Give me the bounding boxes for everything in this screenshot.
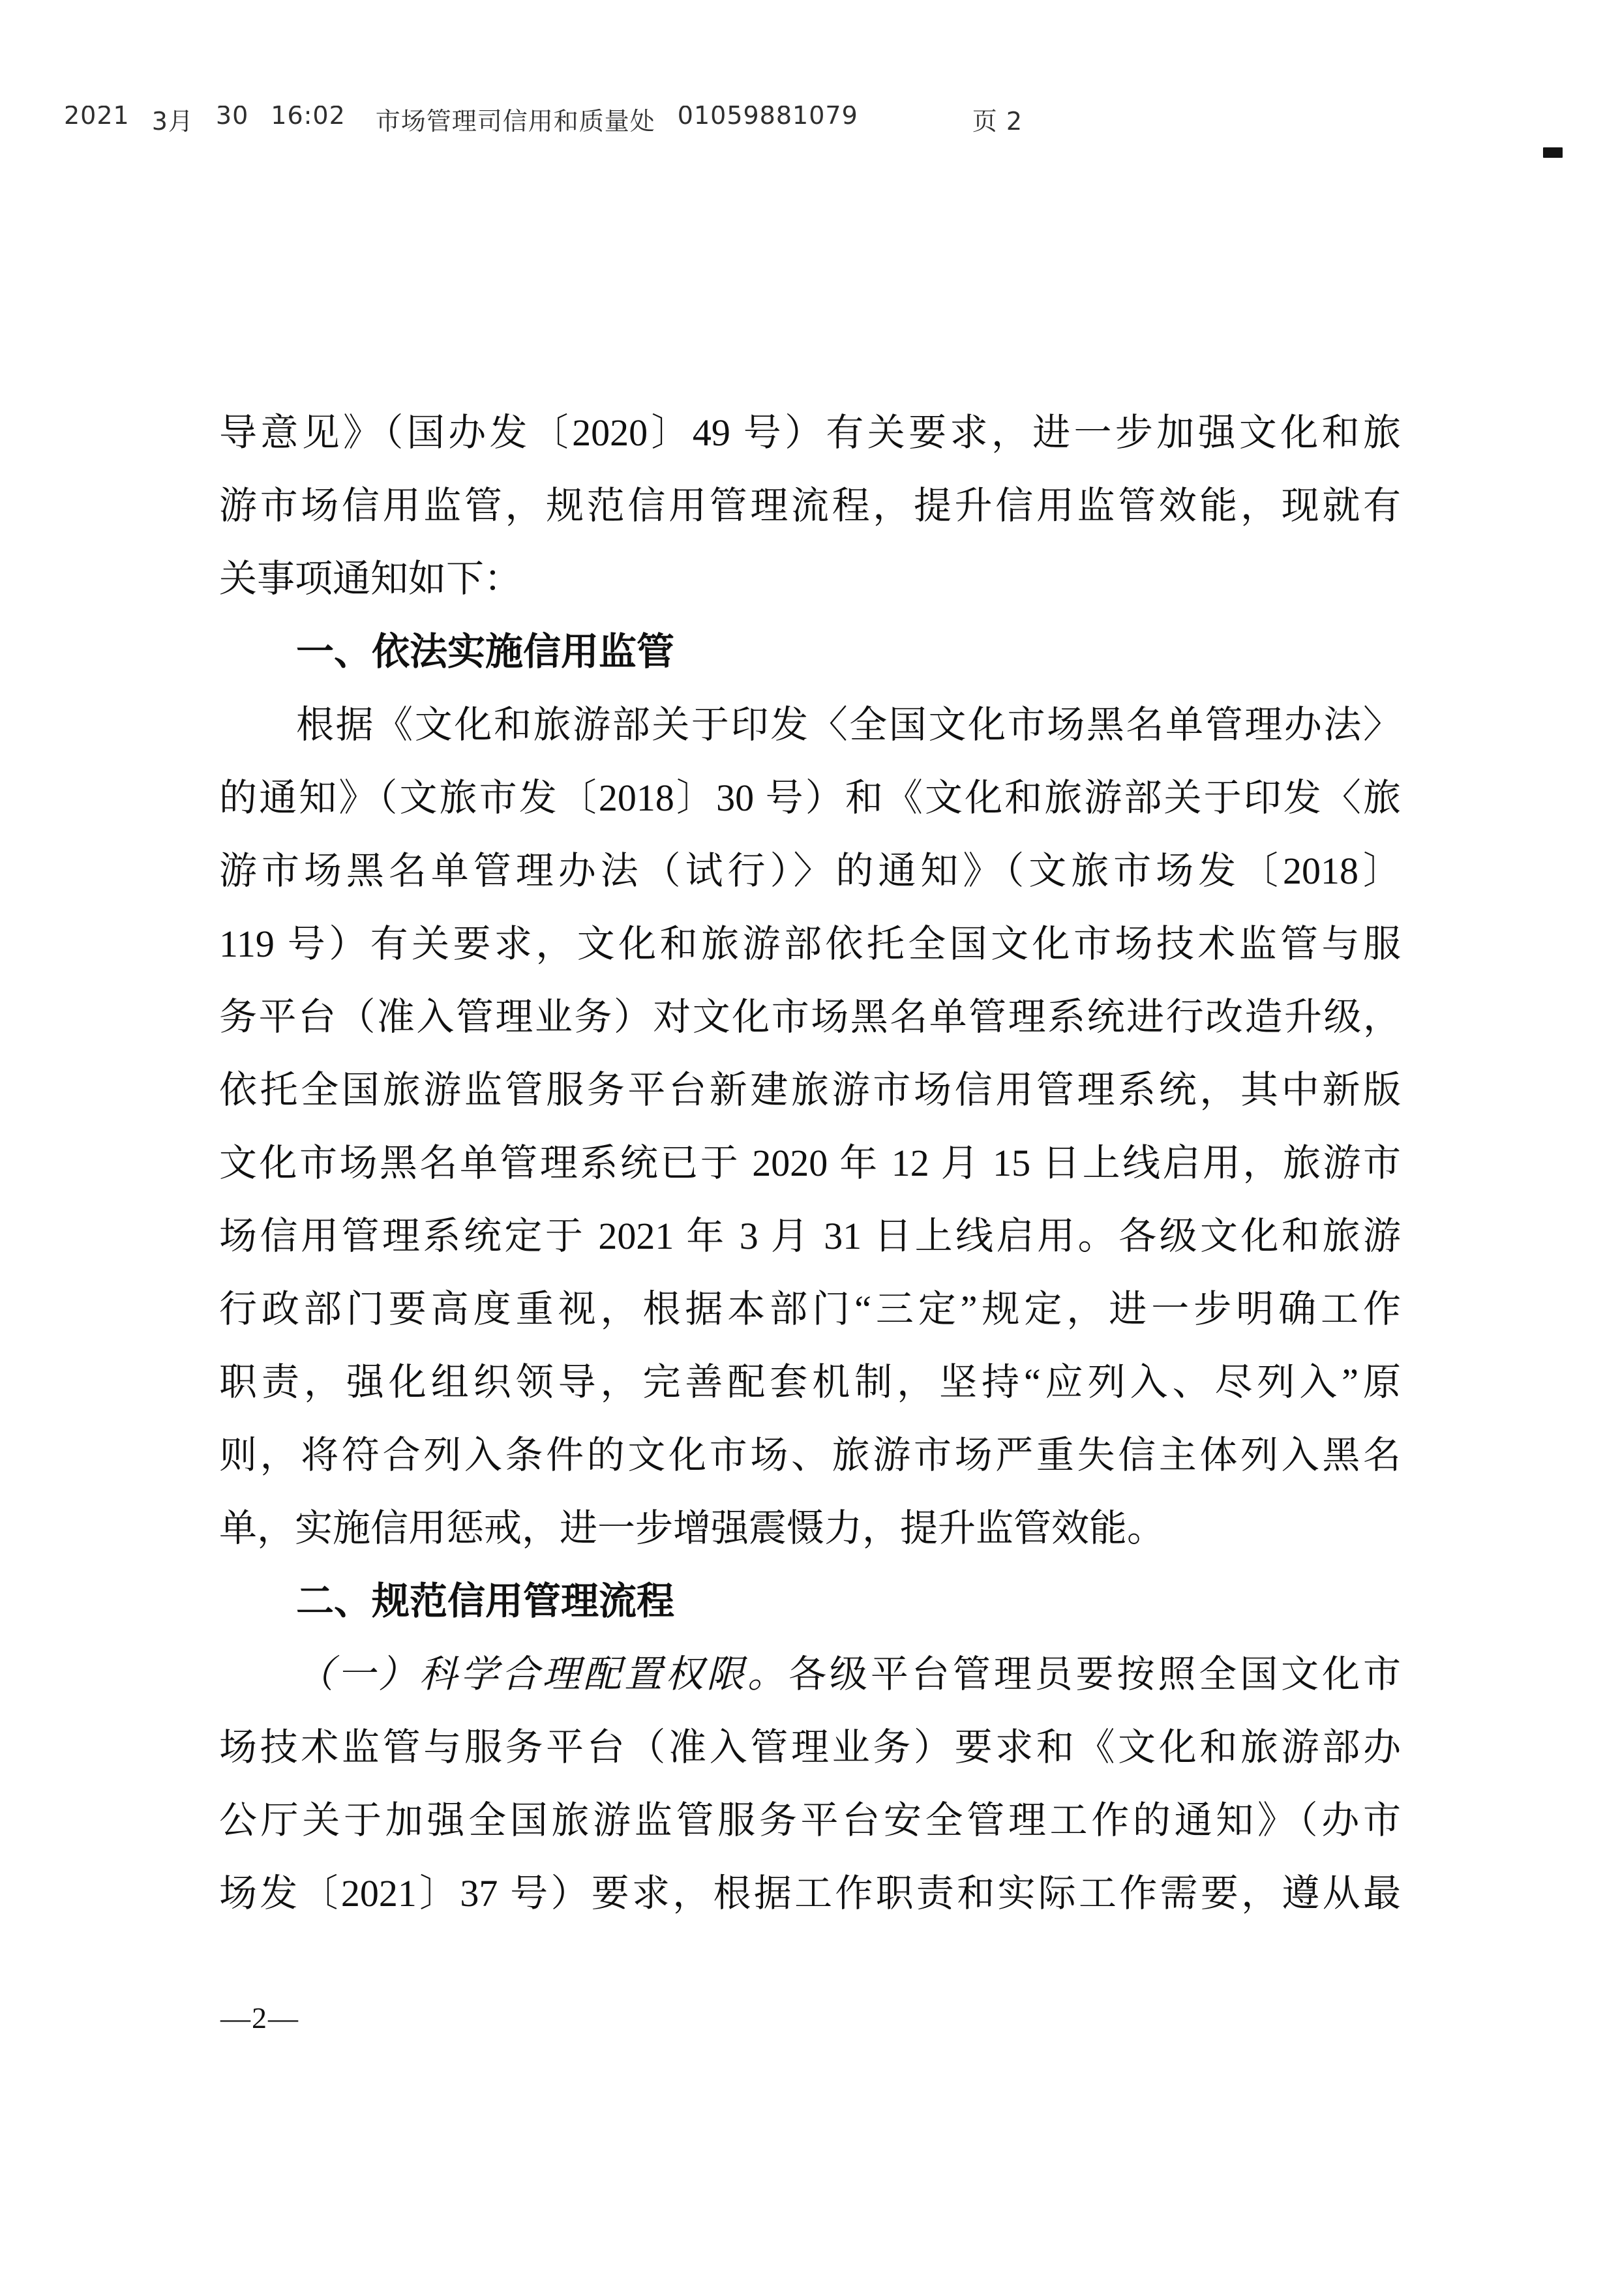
body-line: 单，实施信用惩戒，进一步增强震慑力，提升监管效能。: [219, 1492, 1401, 1565]
body-line: 则，将符合列入条件的文化市场、旅游市场严重失信主体列入黑名: [219, 1419, 1401, 1492]
fax-year: 2021: [64, 106, 130, 130]
body-line: 的通知》（文旅市发〔2018〕30 号）和《文化和旅游部关于印发〈旅: [219, 762, 1401, 835]
body-line: （一）科学合理配置权限。各级平台管理员要按照全国文化市: [219, 1638, 1401, 1711]
scan-corner-mark: [1543, 147, 1563, 158]
fax-phone: 01059881079: [678, 106, 858, 130]
body-line: 119 号）有关要求，文化和旅游部依托全国文化市场技术监管与服: [219, 908, 1401, 981]
body-line: 场技术监管与服务平台（准入管理业务）要求和《文化和旅游部办: [219, 1711, 1401, 1784]
body-line: 游市场黑名单管理办法（试行）〉的通知》（文旅市场发〔2018〕: [219, 835, 1401, 908]
body-line: 导意见》（国办发〔2020〕49 号）有关要求，进一步加强文化和旅: [219, 396, 1401, 470]
fax-month: 3月: [152, 106, 194, 137]
fax-page-indicator: 页 2: [972, 106, 1023, 137]
section-heading-2: 二、规范信用管理流程: [219, 1565, 1401, 1638]
body-line: 行政部门要高度重视，根据本部门“三定”规定，进一步明确工作: [219, 1273, 1401, 1346]
body-line: 职责，强化组织领导，完善配套机制，坚持“应列入、尽列入”原: [219, 1346, 1401, 1419]
page-number: —2—: [220, 2001, 299, 2035]
body-line: 务平台（准入管理业务）对文化市场黑名单管理系统进行改造升级，: [219, 981, 1401, 1054]
body-line: 文化市场黑名单管理系统已于 2020 年 12 月 15 日上线启用，旅游市: [219, 1127, 1401, 1200]
body-line: 公厅关于加强全国旅游监管服务平台安全管理工作的通知》（办市: [219, 1784, 1401, 1857]
fax-sender: 市场管理司信用和质量处: [376, 106, 655, 137]
body-line: 依托全国旅游监管服务平台新建旅游市场信用管理系统，其中新版: [219, 1054, 1401, 1127]
body-line: 关事项通知如下：: [219, 543, 1401, 616]
fax-time: 16:02: [271, 106, 346, 130]
body-line: 场发〔2021〕37 号）要求，根据工作职责和实际工作需要，遵从最: [219, 1857, 1401, 1930]
body-line: 场信用管理系统定于 2021 年 3 月 31 日上线启用。各级文化和旅游: [219, 1200, 1401, 1273]
clause-title: （一）科学合理配置权限。: [296, 1653, 788, 1695]
body-line: 根据《文化和旅游部关于印发〈全国文化市场黑名单管理办法〉: [219, 689, 1401, 762]
document-body: 导意见》（国办发〔2020〕49 号）有关要求，进一步加强文化和旅 游市场信用监…: [219, 396, 1401, 1930]
fax-header-row: 2021 3月 30 16:02 市场管理司信用和质量处 01059881079…: [64, 106, 1029, 137]
clause-text: 各级平台管理员要按照全国文化市: [788, 1653, 1401, 1695]
section-heading-1: 一、依法实施信用监管: [219, 616, 1401, 689]
fax-day: 30: [216, 106, 248, 130]
body-line: 游市场信用监管，规范信用管理流程，提升信用监管效能，现就有: [219, 470, 1401, 543]
scanned-document-page: 2021 3月 30 16:02 市场管理司信用和质量处 01059881079…: [0, 0, 1620, 2296]
fax-header: 2021 3月 30 16:02 市场管理司信用和质量处 01059881079…: [64, 106, 1029, 140]
